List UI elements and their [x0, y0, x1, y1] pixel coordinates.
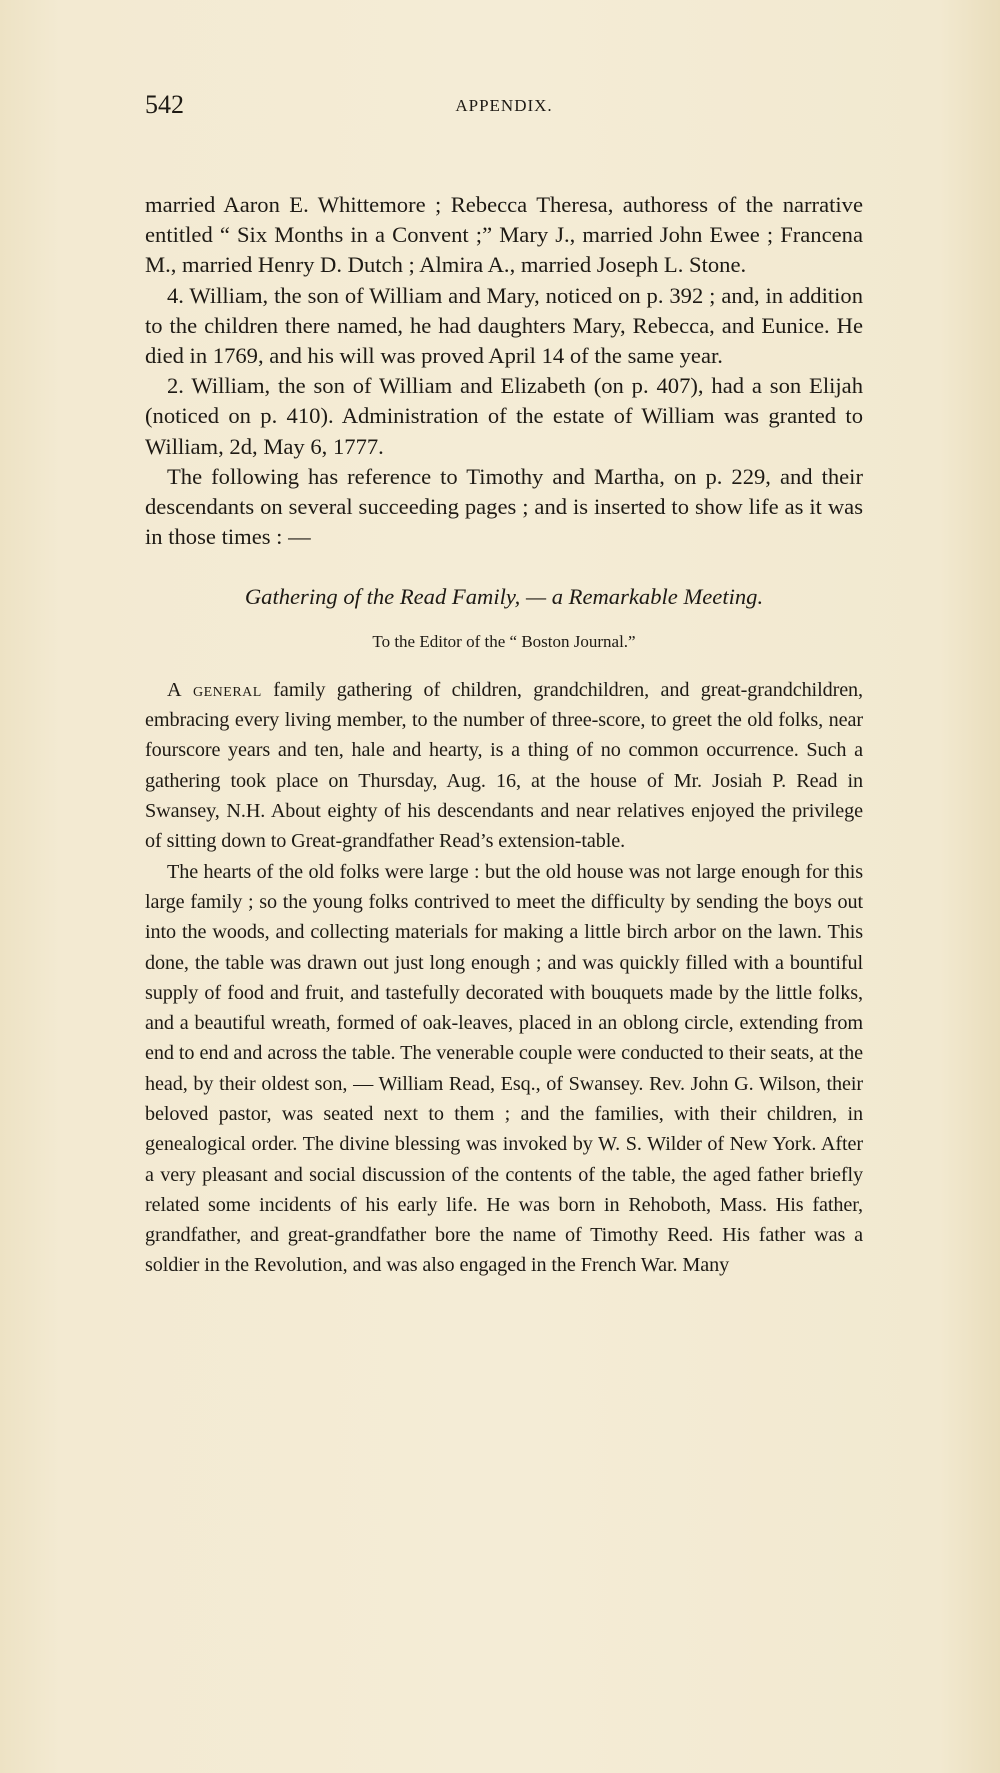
running-head: APPENDIX. — [145, 96, 863, 116]
paragraph-william-2: 2. William, the son of William and Eliza… — [145, 371, 863, 462]
book-page: 542 APPENDIX. married Aaron E. Whittemor… — [0, 0, 1000, 1773]
article-paragraph-2: The hearts of the old folks were large :… — [145, 857, 863, 1281]
lead-smallcaps: A general — [167, 679, 262, 701]
paragraph-1-text: family gathering of children, grandchild… — [145, 679, 863, 852]
page-body: married Aaron E. Whittemore ; Rebecca Th… — [145, 190, 863, 1281]
paragraph-william-4: 4. William, the son of William and Mary,… — [145, 281, 863, 372]
article-paragraph-1: A general family gathering of children, … — [145, 675, 863, 857]
page-header: 542 APPENDIX. — [145, 90, 863, 130]
article-title: Gathering of the Read Family, — a Remark… — [145, 582, 863, 612]
paragraph-continuation: married Aaron E. Whittemore ; Rebecca Th… — [145, 190, 863, 281]
paragraph-intro: The following has reference to Timothy a… — [145, 462, 863, 553]
article-dedication: To the Editor of the “ Boston Journal.” — [145, 627, 863, 657]
